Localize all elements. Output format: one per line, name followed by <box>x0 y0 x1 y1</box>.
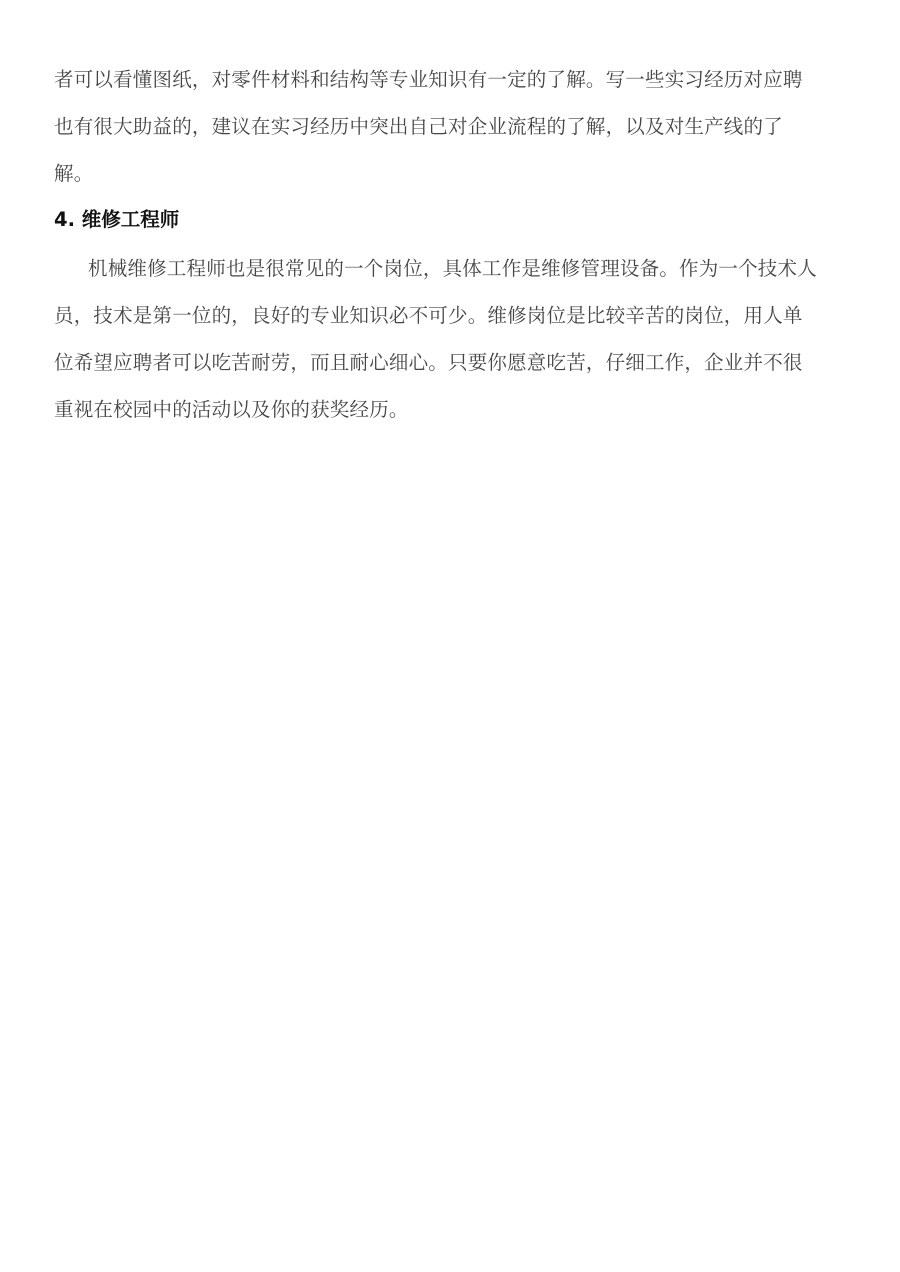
paragraph-line: 机械维修工程师也是很常见的一个岗位，具体工作是维修管理设备。作为一个技术人 <box>88 257 817 281</box>
paragraph-line: 也有很大助益的，建议在实习经历中突出自己对企业流程的了解，以及对生产线的了 <box>54 115 783 139</box>
paragraph-line: 位希望应聘者可以吃苦耐劳，而且耐心细心。只要你愿意吃苦，仔细工作，企业并不很 <box>54 351 803 375</box>
section-heading: 4. 维修工程师 <box>54 208 179 232</box>
paragraph-line: 者可以看懂图纸，对零件材料和结构等专业知识有一定的了解。写一些实习经历对应聘 <box>54 68 803 92</box>
paragraph-line: 员，技术是第一位的，良好的专业知识必不可少。维修岗位是比较辛苦的岗位，用人单 <box>54 304 803 328</box>
paragraph-line: 重视在校园中的活动以及你的获奖经历。 <box>54 398 409 422</box>
paragraph-line: 解。 <box>54 162 93 186</box>
document-page: 者可以看懂图纸，对零件材料和结构等专业知识有一定的了解。写一些实习经历对应聘 也… <box>0 0 900 1272</box>
